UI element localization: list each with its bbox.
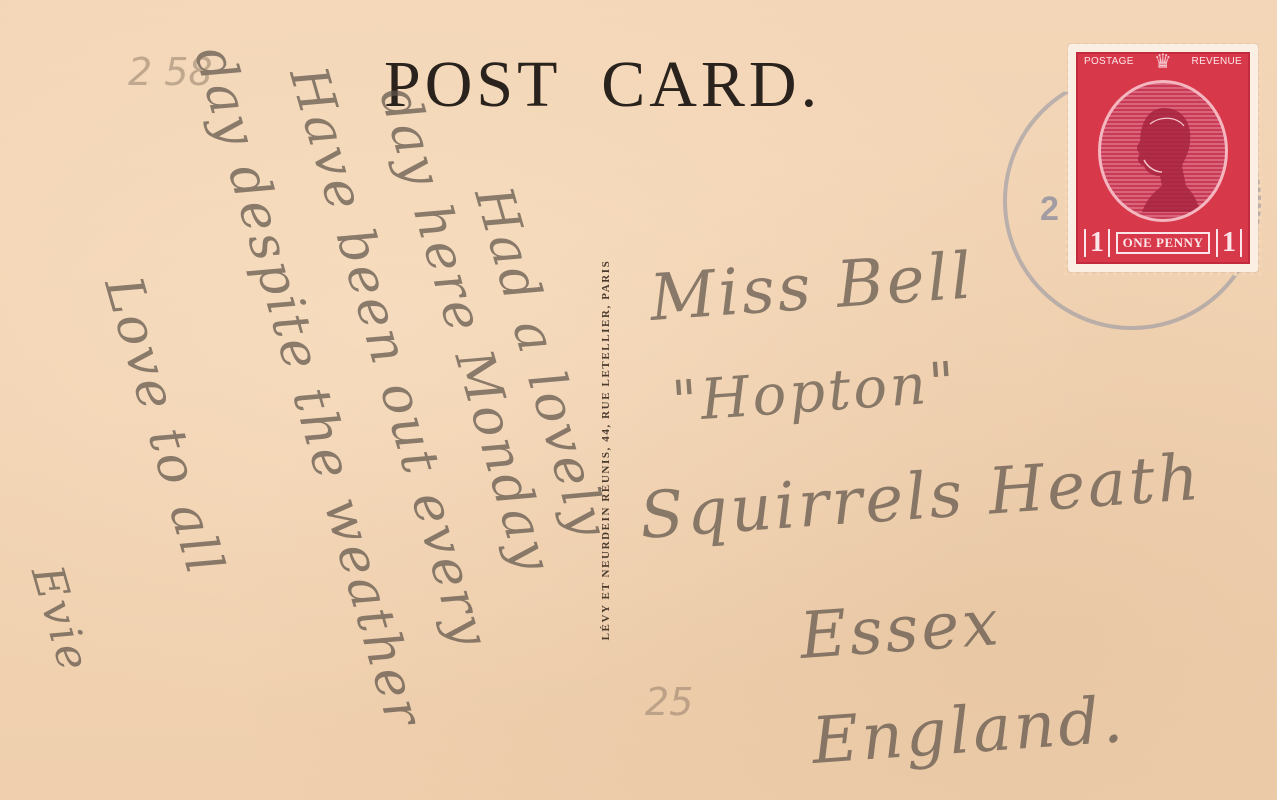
stamp-revenue-label: REVENUE — [1192, 56, 1242, 76]
stamp-denomination-left: 1 — [1084, 229, 1110, 257]
address-line-town: Squirrels Heath — [637, 441, 1204, 554]
message-signature: Evie — [21, 560, 100, 679]
address-line-name: Miss Bell — [647, 239, 976, 335]
king-profile-icon — [1124, 102, 1202, 212]
address-line-house: "Hopton" — [670, 350, 960, 435]
stamp-postage-label: POSTAGE — [1084, 56, 1134, 76]
stamp-portrait-frame — [1098, 80, 1228, 222]
stamp-denomination-right: 1 — [1216, 229, 1242, 257]
postcard-back: POST CARD. LÉVY ET NEURDEIN RÉUNIS, 44, … — [0, 0, 1277, 800]
stamp-value-label: ONE PENNY — [1116, 232, 1211, 254]
stamp-top-band: POSTAGE ♛ REVENUE — [1078, 56, 1248, 76]
pencil-note-lower: 25 — [645, 680, 693, 724]
address-line-county: Essex — [797, 586, 1003, 674]
message-line-5: Love to all — [92, 270, 235, 583]
publisher-imprint: LÉVY ET NEURDEIN RÉUNIS, 44, RUE LETELLI… — [600, 260, 612, 641]
postage-stamp: POSTAGE ♛ REVENUE 1 ONE PENNY 1 — [1068, 44, 1258, 272]
pencil-note-top: 2 58 — [128, 50, 213, 94]
postmark-date-fragment: 2 — [1040, 190, 1059, 229]
postcard-title: POST CARD. — [384, 52, 821, 118]
stamp-design: POSTAGE ♛ REVENUE 1 ONE PENNY 1 — [1076, 52, 1250, 264]
address-line-country: England. — [809, 683, 1127, 779]
crown-icon: ♛ — [1154, 52, 1172, 72]
stamp-bottom-band: 1 ONE PENNY 1 — [1078, 228, 1248, 258]
